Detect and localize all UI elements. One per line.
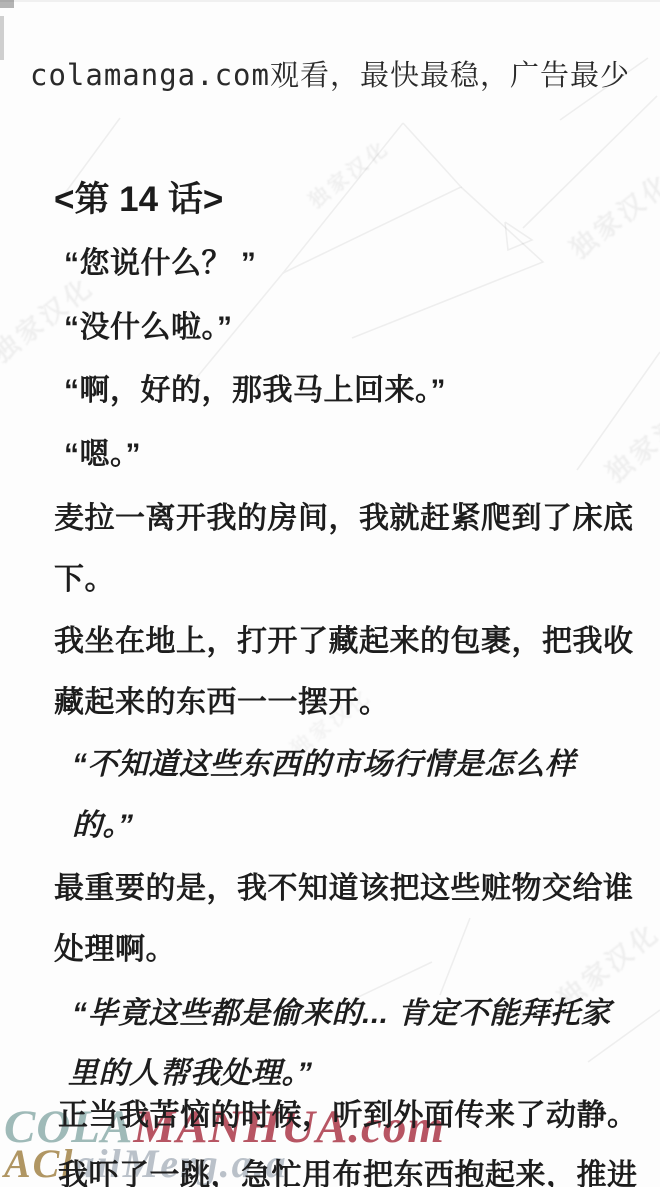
scan-edge-artifact <box>0 0 14 8</box>
scan-edge-artifact <box>0 0 660 2</box>
novel-line: 我吓了一跳，急忙用布把东西抱起来，推进 <box>58 1150 638 1187</box>
faint-stamp: 独家汉化 <box>597 387 660 490</box>
novel-line-inner-monologue: 的。” <box>72 800 134 844</box>
novel-line: 最重要的是，我不知道该把这些赃物交给谁 <box>54 863 634 907</box>
novel-line-inner-monologue: “不知道这些东西的市场行情是怎么样 <box>72 739 576 783</box>
novel-line: “没什么啦。” <box>64 302 233 346</box>
promo-header: colamanga.com观看，最快最稳，广告最少 <box>0 53 660 94</box>
novel-line: “嗯。” <box>64 429 141 473</box>
novel-line: 藏起来的东西一一摆开。 <box>54 677 390 721</box>
novel-line: 下。 <box>54 554 115 598</box>
novel-line-inner-monologue: 里的人帮我处理。” <box>68 1048 313 1092</box>
novel-line: 我坐在地上，打开了藏起来的包裹，把我收 <box>54 616 634 660</box>
faint-stamp: 独家汉化 <box>301 132 395 214</box>
faint-stamp: 独家汉化 <box>561 163 660 266</box>
novel-line: 处理啊。 <box>54 924 176 968</box>
novel-line: 正当我苦恼的时候，听到外面传来了动静。 <box>58 1090 638 1134</box>
novel-line: “您说什么？ ” <box>64 238 256 282</box>
novel-reader-page: 独家汉化 独家汉化 独家汉化 独家汉化 独家汉化 独家汉化 COLAMANHUA… <box>0 0 660 1187</box>
novel-line-inner-monologue: “毕竟这些都是偷来的... 肯定不能拜托家 <box>72 988 611 1032</box>
novel-line: 麦拉一离开我的房间，我就赶紧爬到了床底 <box>54 493 634 537</box>
novel-line: “啊，好的，那我马上回来。” <box>64 365 446 409</box>
chapter-title: <第 14 话> <box>54 172 223 222</box>
